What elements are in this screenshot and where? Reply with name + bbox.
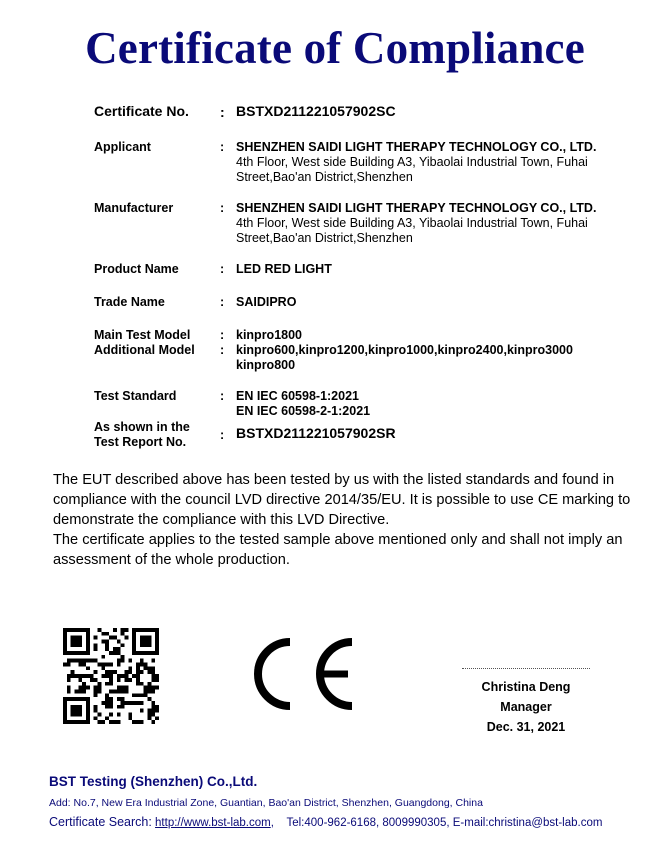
signature-line <box>462 668 590 669</box>
signature-block: Christina Deng Manager Dec. 31, 2021 <box>462 668 590 737</box>
certificate-title: Certificate of Compliance <box>0 22 670 74</box>
colon: : <box>220 201 224 215</box>
label: Manufacturer <box>94 201 214 216</box>
manufacturer-name: SHENZHEN SAIDI LIGHT THERAPY TECHNOLOGY … <box>236 201 596 216</box>
colon: : <box>220 295 224 309</box>
applicant-name: SHENZHEN SAIDI LIGHT THERAPY TECHNOLOGY … <box>236 140 596 155</box>
certificate-number: BSTXD211221057902SC <box>236 104 396 119</box>
product-name-value: LED RED LIGHT <box>236 262 332 277</box>
search-label: Certificate Search: <box>49 815 152 829</box>
label-line-2: Test Report No. <box>94 435 214 450</box>
additional-model-value: kinpro600,kinpro1200,kinpro1000,kinpro24… <box>236 343 573 373</box>
issuer-company: BST Testing (Shenzhen) Co.,Ltd. <box>49 774 257 789</box>
test-standard-line-2: EN IEC 60598-2-1:2021 <box>236 404 370 419</box>
manufacturer-address-2: Street,Bao'an District,Shenzhen <box>236 231 596 246</box>
label: Additional Model <box>94 343 214 358</box>
ce-mark-icon <box>254 638 358 710</box>
main-test-model-value: kinpro1800 <box>236 328 302 343</box>
trade-name-value: SAIDIPRO <box>236 295 296 310</box>
compliance-statement: The EUT described above has been tested … <box>53 470 643 570</box>
colon: : <box>220 389 224 403</box>
signer-role: Manager <box>462 697 590 717</box>
applicant-address-1: 4th Floor, West side Building A3, Yibaol… <box>236 155 596 170</box>
manufacturer-address-1: 4th Floor, West side Building A3, Yibaol… <box>236 216 596 231</box>
test-report-number: BSTXD211221057902SR <box>236 426 396 441</box>
issuer-address: Add: No.7, New Era Industrial Zone, Guan… <box>49 797 483 809</box>
label: Certificate No. <box>94 104 214 119</box>
label: As shown in the Test Report No. <box>94 420 214 450</box>
colon: : <box>220 104 225 120</box>
statement-paragraph-1: The EUT described above has been tested … <box>53 470 643 530</box>
label-line-1: As shown in the <box>94 420 214 435</box>
additional-model-line-1: kinpro600,kinpro1200,kinpro1000,kinpro24… <box>236 343 573 358</box>
applicant-value: SHENZHEN SAIDI LIGHT THERAPY TECHNOLOGY … <box>236 140 596 185</box>
label: Test Standard <box>94 389 214 404</box>
statement-paragraph-2: The certificate applies to the tested sa… <box>53 530 643 570</box>
label: Trade Name <box>94 295 214 310</box>
test-standard-line-1: EN IEC 60598-1:2021 <box>236 389 370 404</box>
additional-model-line-2: kinpro800 <box>236 358 573 373</box>
colon: : <box>220 343 224 357</box>
colon: : <box>220 262 224 276</box>
applicant-address-2: Street,Bao'an District,Shenzhen <box>236 170 596 185</box>
signer-name: Christina Deng <box>462 677 590 697</box>
search-link[interactable]: http://www.bst-lab.com <box>155 817 271 829</box>
qr-code-icon <box>63 628 159 724</box>
certificate-search: Certificate Search: http://www.bst-lab.c… <box>49 815 602 829</box>
colon: : <box>220 140 224 154</box>
signature-date: Dec. 31, 2021 <box>462 717 590 737</box>
contact-info: , Tel:400-962-6168, 8009990305, E-mail:c… <box>271 817 603 829</box>
label: Product Name <box>94 262 214 277</box>
colon: : <box>220 428 224 442</box>
colon: : <box>220 328 224 342</box>
test-standard-value: EN IEC 60598-1:2021 EN IEC 60598-2-1:202… <box>236 389 370 419</box>
label: Applicant <box>94 140 214 155</box>
label: Main Test Model <box>94 328 214 343</box>
manufacturer-value: SHENZHEN SAIDI LIGHT THERAPY TECHNOLOGY … <box>236 201 596 246</box>
